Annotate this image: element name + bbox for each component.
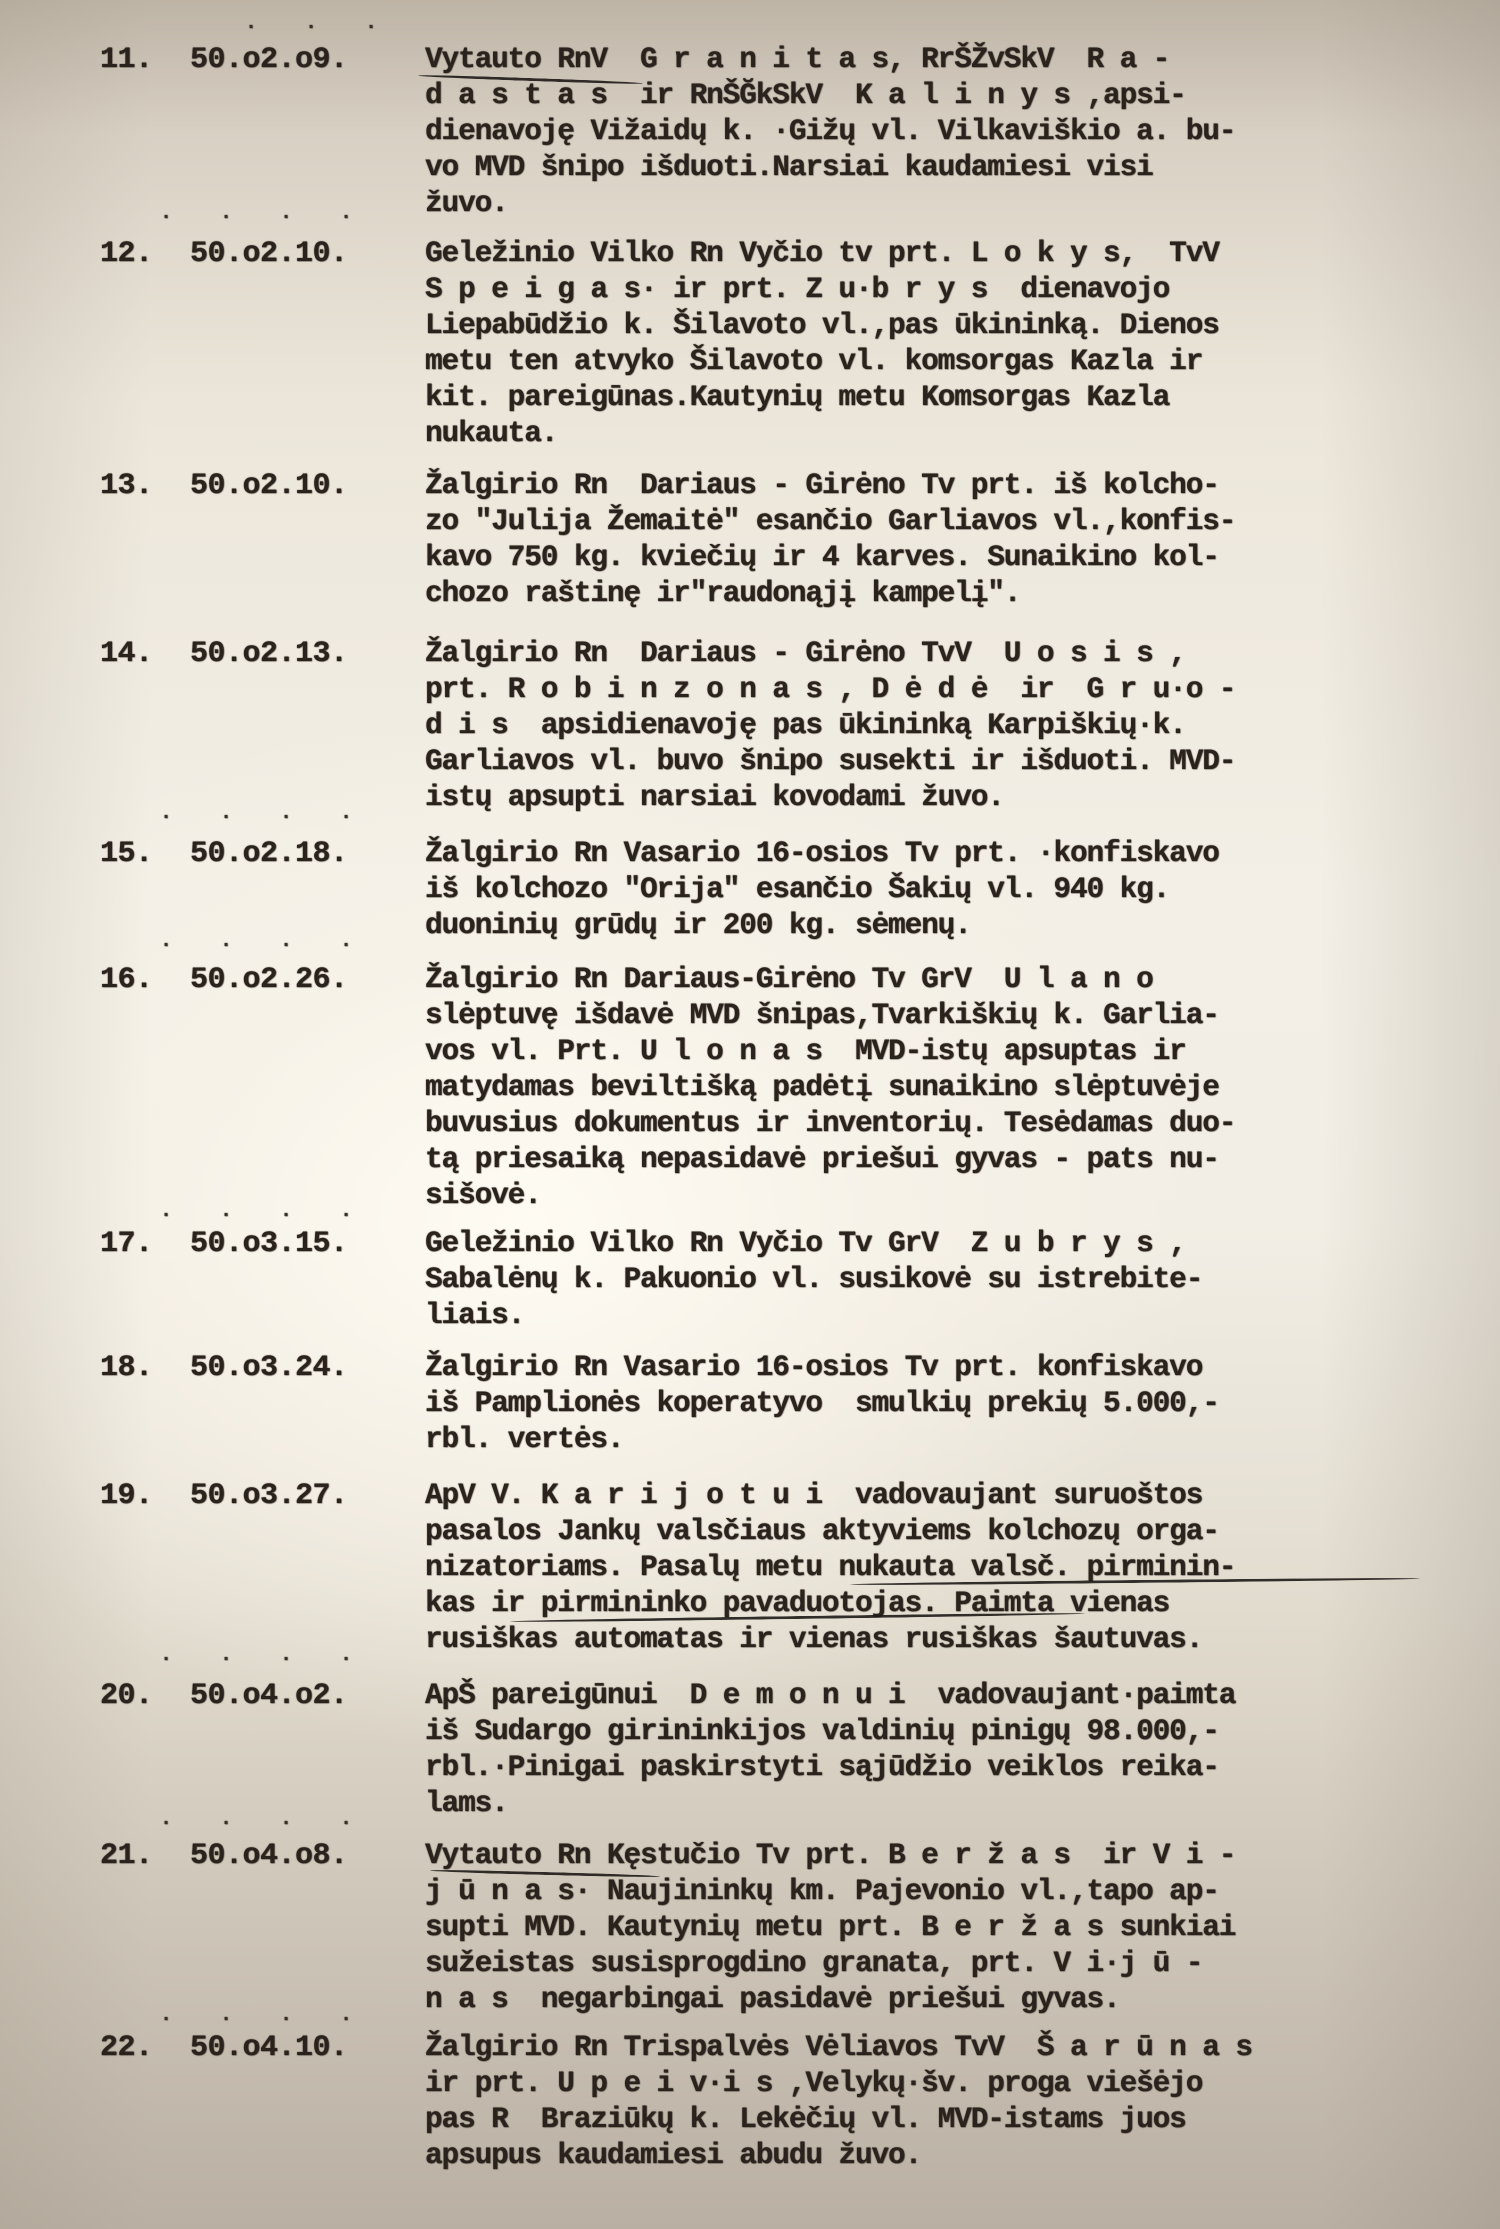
- text-line: d a s t a s ir RnŠĞkSkV K a l i n y s ,a…: [425, 78, 1495, 114]
- text-line: n a s negarbingai pasidavė priešui gyvas…: [425, 1982, 1495, 2018]
- text-line: dienavoję Vižaidų k. ·Gižų vl. Vilkavišk…: [425, 114, 1495, 150]
- entry-number: 19.: [100, 1478, 153, 1514]
- text-line: chozo raštinę ir"raudonąjį kampelį".: [425, 576, 1495, 612]
- entry-text: ApV V. K a r i j o t u i vadovaujant sur…: [425, 1478, 1495, 1658]
- text-line: sišovė.: [425, 1178, 1495, 1214]
- entry-text: Žalgirio Rn Dariaus-Girėno Tv GrV U l a …: [425, 962, 1495, 1214]
- entry-number: 21.: [100, 1838, 153, 1874]
- text-line: supti MVD. Kautynių metu prt. B e r ž a …: [425, 1910, 1495, 1946]
- text-line: žuvo.: [425, 186, 1495, 222]
- text-line: Garliavos vl. buvo šnipo susekti ir išdu…: [425, 744, 1495, 780]
- text-line: Žalgirio Rn Dariaus - Girėno TvV U o s i…: [425, 636, 1495, 672]
- text-line: sužeistas susisprogdino granata, prt. V …: [425, 1946, 1495, 1982]
- text-line: Žalgirio Rn Vasario 16-osios Tv prt. ·ko…: [425, 836, 1495, 872]
- text-line: Geležinio Vilko Rn Vyčio tv prt. L o k y…: [425, 236, 1495, 272]
- entry-text: Žalgirio Rn Dariaus - Girėno Tv prt. iš …: [425, 468, 1495, 612]
- text-line: ApŠ pareigūnui D e m o n u i vadovaujant…: [425, 1678, 1495, 1714]
- margin-dots: · · · ·: [160, 1814, 352, 1834]
- text-line: lams.: [425, 1786, 1495, 1822]
- text-line: Žalgirio Rn Vasario 16-osios Tv prt. kon…: [425, 1350, 1495, 1386]
- entry-number: 12.: [100, 236, 153, 272]
- entry-date: 50.o4.o8.: [190, 1838, 348, 1874]
- entry-text: Geležinio Vilko Rn Vyčio Tv GrV Z u b r …: [425, 1226, 1495, 1334]
- text-line: Sabalėnų k. Pakuonio vl. susikovė su ist…: [425, 1262, 1495, 1298]
- entry-date: 50.o2.26.: [190, 962, 348, 998]
- entry-text: Žalgirio Rn Dariaus - Girėno TvV U o s i…: [425, 636, 1495, 816]
- entry-date: 50.o2.10.: [190, 236, 348, 272]
- text-line: kit. pareigūnas.Kautynių metu Komsorgas …: [425, 380, 1495, 416]
- entry-number: 16.: [100, 962, 153, 998]
- text-line: Liepabūdžio k. Šilavoto vl.,pas ūkininką…: [425, 308, 1495, 344]
- entry-text: ApŠ pareigūnui D e m o n u i vadovaujant…: [425, 1678, 1495, 1822]
- entry-text: Vytauto RnV G r a n i t a s, RrŠŽvSkV R …: [425, 42, 1495, 222]
- text-line: apsupus kaudamiesi abudu žuvo.: [425, 2138, 1495, 2174]
- entry-number: 18.: [100, 1350, 153, 1386]
- text-line: nukauta.: [425, 416, 1495, 452]
- entry-date: 50.o2.13.: [190, 636, 348, 672]
- text-line: nizatoriams. Pasalų metu nukauta valsč. …: [425, 1550, 1495, 1586]
- text-line: iš Sudargo girininkijos valdinių pinigų …: [425, 1714, 1495, 1750]
- text-line: rbl. vertės.: [425, 1422, 1495, 1458]
- text-line: ApV V. K a r i j o t u i vadovaujant sur…: [425, 1478, 1495, 1514]
- text-line: matydamas beviltišką padėtį sunaikino sl…: [425, 1070, 1495, 1106]
- text-line: pasalos Jankų valsčiaus aktyviems kolcho…: [425, 1514, 1495, 1550]
- typewritten-document: · · · 11. 50.o2.o9. Vytauto RnV G r a n …: [0, 0, 1500, 2229]
- entry-date: 50.o2.10.: [190, 468, 348, 504]
- entry-number: 15.: [100, 836, 153, 872]
- margin-dots: · · · ·: [160, 1650, 352, 1670]
- text-line: buvusius dokumentus ir inventorių. Tesėd…: [425, 1106, 1495, 1142]
- text-line: S p e i g a s· ir prt. Z u·b r y s diena…: [425, 272, 1495, 308]
- text-line: iš Pamplionės koperatyvo smulkių prekių …: [425, 1386, 1495, 1422]
- text-line: rusiškas automatas ir vienas rusiškas ša…: [425, 1622, 1495, 1658]
- margin-dots: · · · ·: [160, 808, 352, 828]
- text-line: kavo 750 kg. kviečių ir 4 karves. Sunaik…: [425, 540, 1495, 576]
- entry-text: Žalgirio Rn Vasario 16-osios Tv prt. ·ko…: [425, 836, 1495, 944]
- text-line: ir prt. U p e i v·i s ,Velykų·šv. proga …: [425, 2066, 1495, 2102]
- text-line: rbl.·Pinigai paskirstyti sąjūdžio veiklo…: [425, 1750, 1495, 1786]
- entry-number: 14.: [100, 636, 153, 672]
- entry-date: 50.o2.18.: [190, 836, 348, 872]
- margin-dots: · · · ·: [160, 2010, 352, 2030]
- text-line: duoninių grūdų ir 200 kg. sėmenų.: [425, 908, 1495, 944]
- text-line: d i s apsidienavoję pas ūkininką Karpišk…: [425, 708, 1495, 744]
- text-line: tą priesaiką nepasidavė priešui gyvas - …: [425, 1142, 1495, 1178]
- entry-text: Žalgirio Rn Trispalvės Vėliavos TvV Š a …: [425, 2030, 1495, 2174]
- entry-text: Geležinio Vilko Rn Vyčio tv prt. L o k y…: [425, 236, 1495, 452]
- text-line: Žalgirio Rn Dariaus-Girėno Tv GrV U l a …: [425, 962, 1495, 998]
- text-line: Geležinio Vilko Rn Vyčio Tv GrV Z u b r …: [425, 1226, 1495, 1262]
- text-line: iš kolchozo "Orija" esančio Šakių vl. 94…: [425, 872, 1495, 908]
- entry-date: 50.o4.10.: [190, 2030, 348, 2066]
- entry-date: 50.o3.27.: [190, 1478, 348, 1514]
- text-line: vo MVD šnipo išduoti.Narsiai kaudamiesi …: [425, 150, 1495, 186]
- text-line: prt. R o b i n z o n a s , D ė d ė ir G …: [425, 672, 1495, 708]
- entry-date: 50.o2.o9.: [190, 42, 348, 78]
- text-line: Žalgirio Rn Dariaus - Girėno Tv prt. iš …: [425, 468, 1495, 504]
- text-line: slėptuvę išdavė MVD šnipas,Tvarkiškių k.…: [425, 998, 1495, 1034]
- margin-dots: · · · ·: [160, 208, 352, 228]
- margin-dots: · · · ·: [160, 936, 352, 956]
- entry-number: 17.: [100, 1226, 153, 1262]
- text-line: liais.: [425, 1298, 1495, 1334]
- text-line: pas R Braziūkų k. Lekėčių vl. MVD-istams…: [425, 2102, 1495, 2138]
- entry-number: 13.: [100, 468, 153, 504]
- text-line: istų apsupti narsiai kovodami žuvo.: [425, 780, 1495, 816]
- text-line: zo "Julija Žemaitė" esančio Garliavos vl…: [425, 504, 1495, 540]
- entry-number: 22.: [100, 2030, 153, 2066]
- text-line: Žalgirio Rn Trispalvės Vėliavos TvV Š a …: [425, 2030, 1495, 2066]
- margin-dots: · · · ·: [160, 1206, 352, 1226]
- text-line: metu ten atvyko Šilavoto vl. komsorgas K…: [425, 344, 1495, 380]
- entry-number: 20.: [100, 1678, 153, 1714]
- entry-text: Žalgirio Rn Vasario 16-osios Tv prt. kon…: [425, 1350, 1495, 1458]
- text-line: j ū n a s· Naujininkų km. Pajevonio vl.,…: [425, 1874, 1495, 1910]
- margin-dots: · · ·: [245, 18, 377, 38]
- text-line: kas ir pirmininko pavaduotojas. Paimta v…: [425, 1586, 1495, 1622]
- entry-date: 50.o4.o2.: [190, 1678, 348, 1714]
- text-line: Vytauto Rn Kęstučio Tv prt. B e r ž a s …: [425, 1838, 1495, 1874]
- entry-date: 50.o3.24.: [190, 1350, 348, 1386]
- text-line: vos vl. Prt. U l o n a s MVD-istų apsupt…: [425, 1034, 1495, 1070]
- entry-date: 50.o3.15.: [190, 1226, 348, 1262]
- entry-number: 11.: [100, 42, 153, 78]
- entry-text: Vytauto Rn Kęstučio Tv prt. B e r ž a s …: [425, 1838, 1495, 2018]
- text-line: Vytauto RnV G r a n i t a s, RrŠŽvSkV R …: [425, 42, 1495, 78]
